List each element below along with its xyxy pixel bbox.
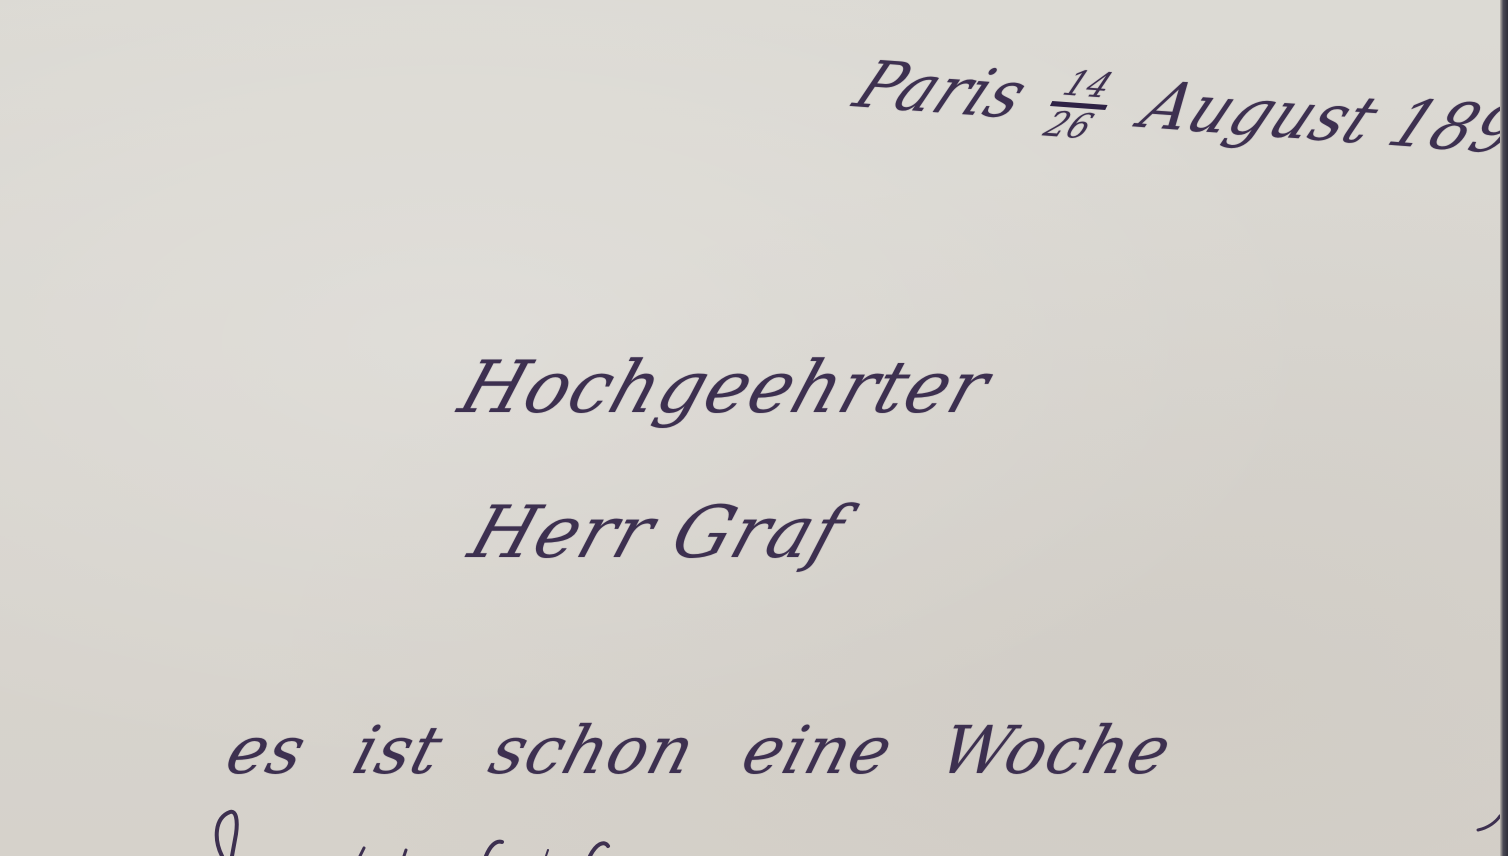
letter-paper: Paris 14 26 August 189 Hochgeehrter Herr… [0, 0, 1500, 856]
partial-handwriting-strokes [0, 800, 1500, 856]
date-day-new-style: 26 [1033, 106, 1106, 146]
photo-edge-border [1500, 0, 1508, 856]
salutation-line-2: Herr Graf [460, 490, 855, 574]
date-fraction: 14 26 [1033, 65, 1125, 146]
salutation-line-1: Hochgeehrter [450, 345, 1000, 429]
body-line-1: es ist schon eine Woche [218, 712, 1180, 789]
date-day-old-style: 14 [1050, 65, 1125, 110]
letter-place: Paris [843, 48, 1040, 133]
letter-date-line: Paris 14 26 August 189 [840, 48, 1508, 175]
letter-month-year: August 189 [1129, 69, 1508, 169]
